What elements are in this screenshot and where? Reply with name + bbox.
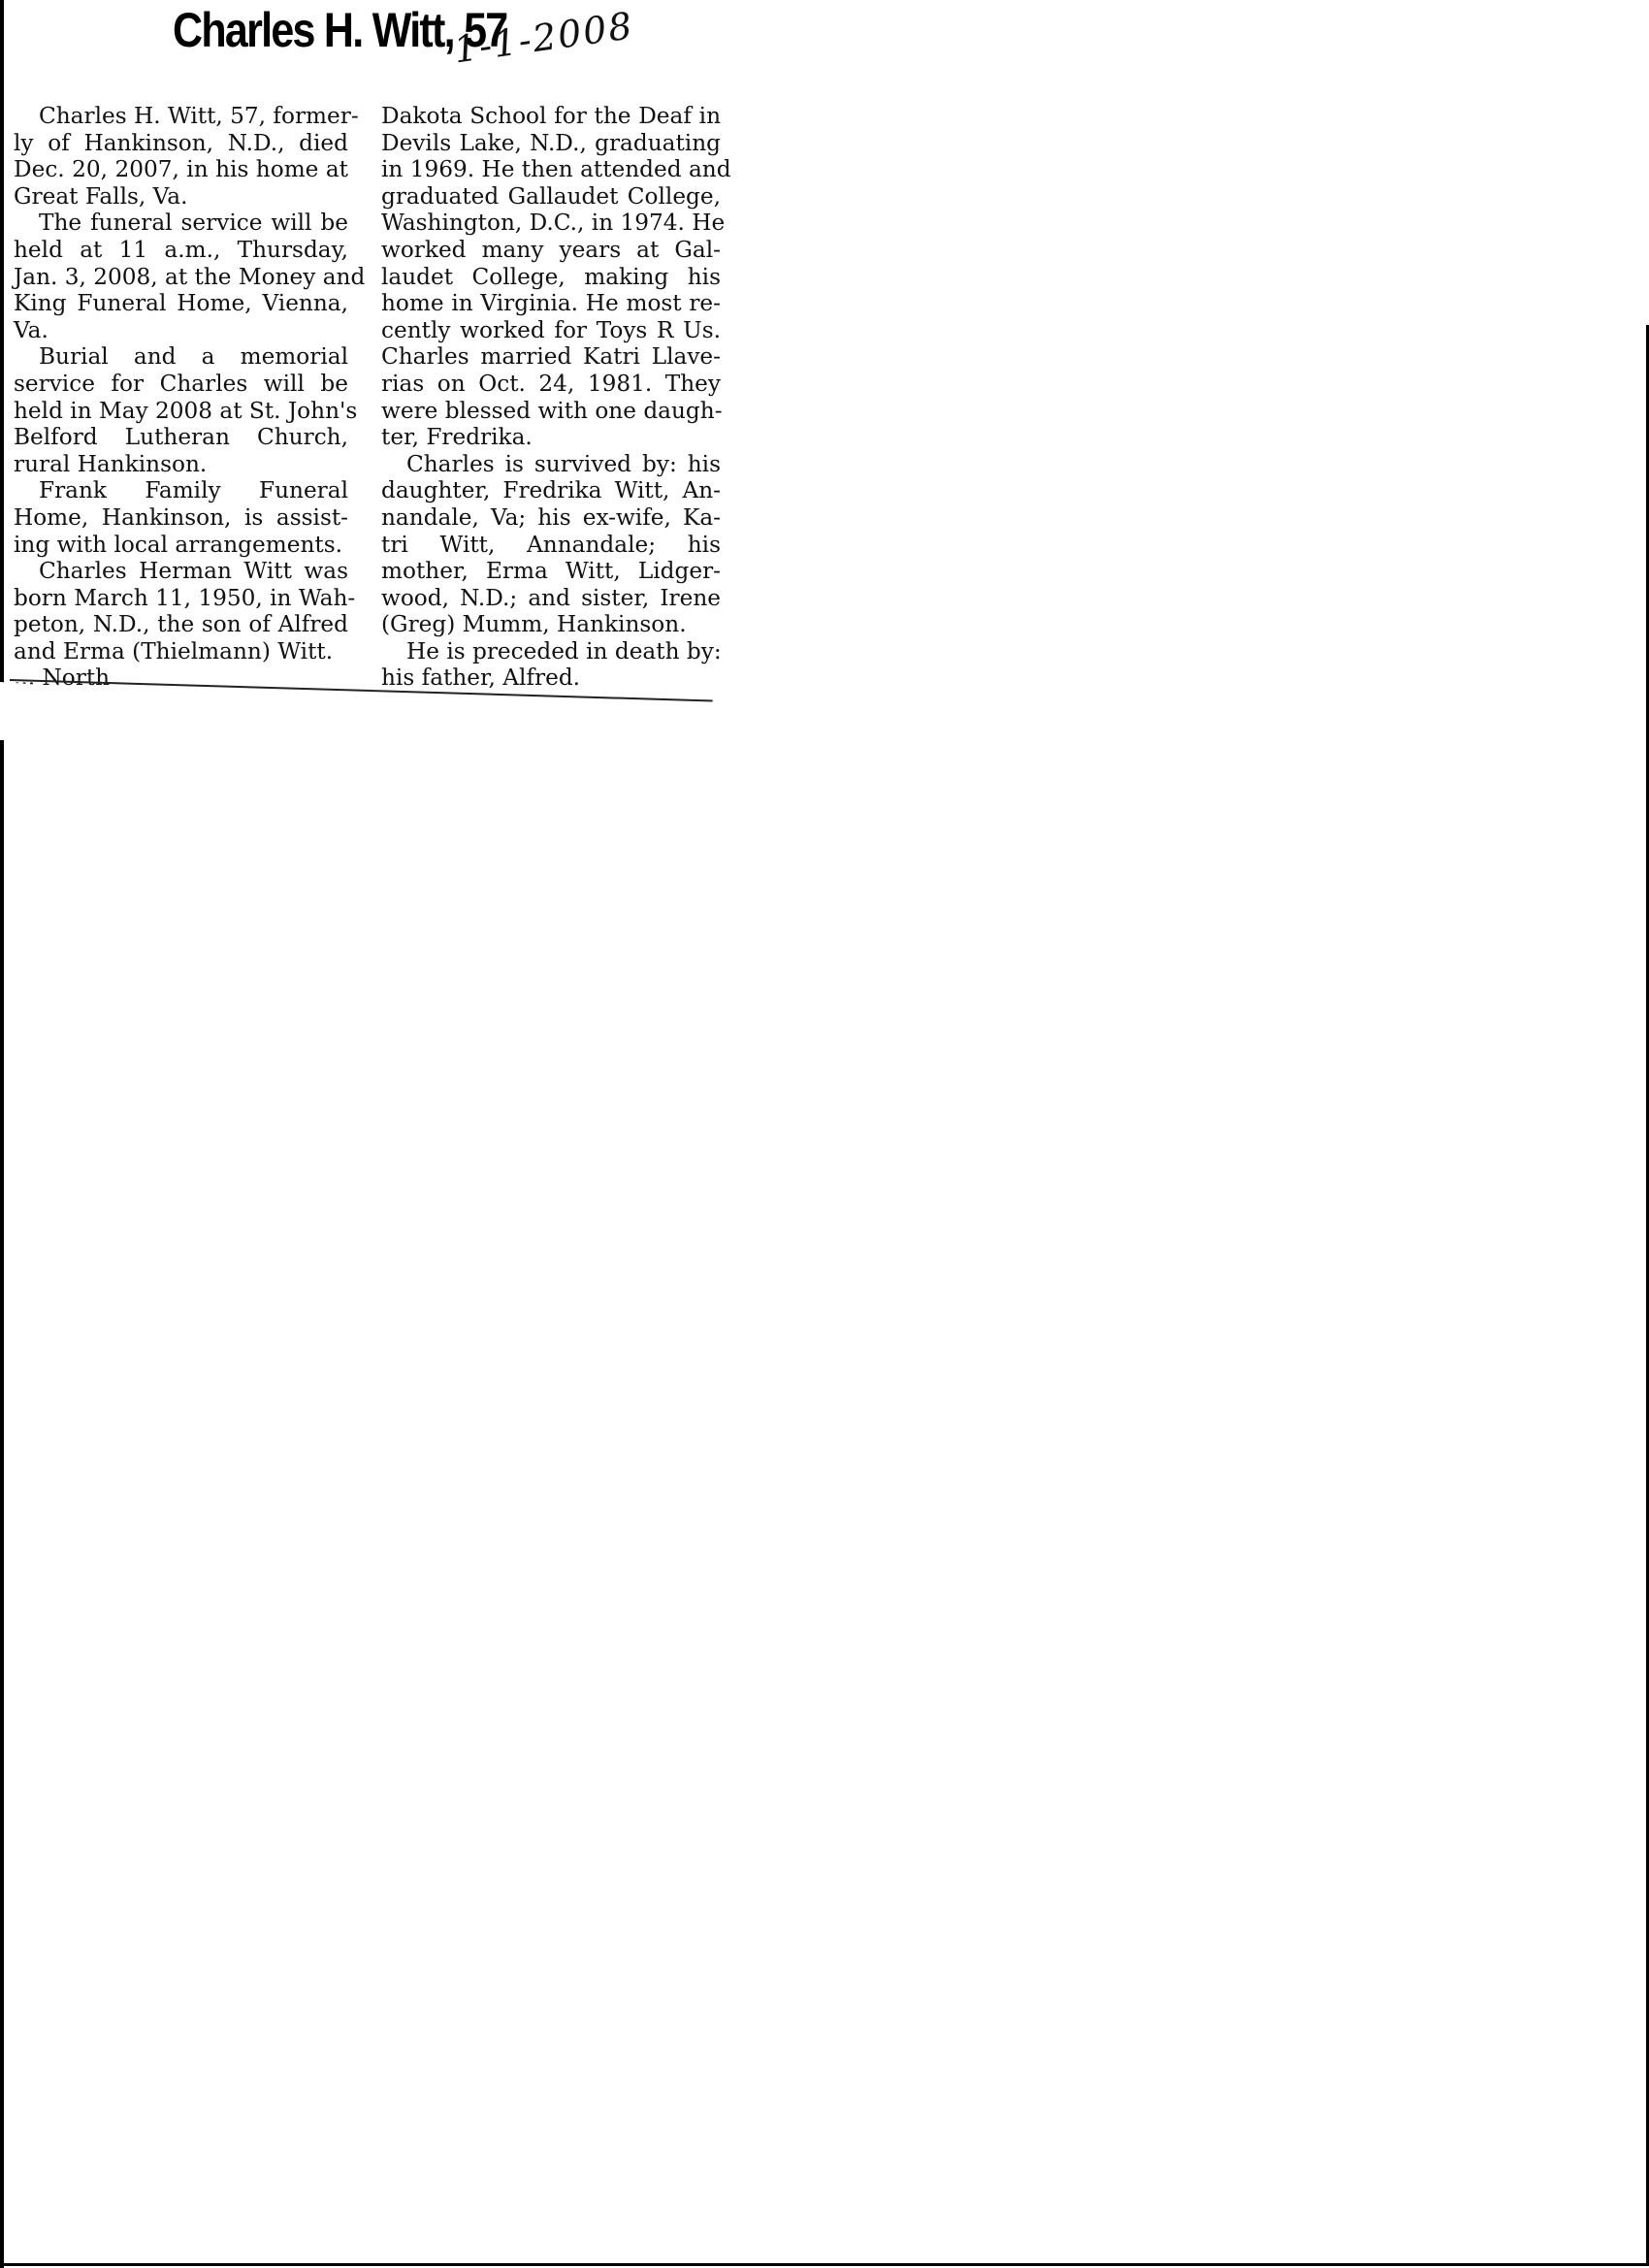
text-line: ing with local arrangements. [14,532,348,559]
text-line: were blessed with one daugh- [381,398,721,425]
text-line: in 1969. He then attended and [381,156,721,183]
text-line: laudet College, making his [381,264,721,291]
text-line: cently worked for Toys R Us. [381,317,721,344]
text-line: Belford Lutheran Church, [14,424,348,451]
text-line: The funeral service will be [14,210,348,237]
text-line: He is preceded in death by: [381,638,721,665]
text-line: Charles Herman Witt was [14,558,348,585]
text-line: daughter, Fredrika Witt, An- [381,477,721,504]
text-line: King Funeral Home, Vienna, [14,290,348,317]
text-line: mother, Erma Witt, Lidger- [381,558,721,585]
text-line: wood, N.D.; and sister, Irene [381,585,721,612]
text-line: ly of Hankinson, N.D., died [14,130,348,157]
text-line: Frank Family Funeral [14,477,348,504]
text-line: held at 11 a.m., Thursday, [14,237,348,264]
text-line: and Erma (Thielmann) Witt. [14,638,348,665]
text-line: rias on Oct. 24, 1981. They [381,371,721,398]
text-line: home in Virginia. He most re- [381,290,721,317]
text-line: service for Charles will be [14,371,348,398]
text-line: worked many years at Gal- [381,237,721,264]
text-line: nandale, Va; his ex-wife, Ka- [381,504,721,532]
newspaper-clipping: Charles H. Witt, 57 1-1-2008 Charles H. … [0,0,727,723]
text-line: born March 11, 1950, in Wah- [14,585,348,612]
text-line: held in May 2008 at St. John's [14,398,348,425]
text-line: Va. [14,317,348,344]
text-line: ter, Fredrika. [381,424,721,451]
text-line: Dec. 20, 2007, in his home at [14,156,348,183]
text-column-left: Charles H. Witt, 57, former- ly of Hanki… [14,103,348,692]
text-line: graduated Gallaudet College, [381,183,721,211]
text-line: Washington, D.C., in 1974. He [381,210,721,237]
text-line: Home, Hankinson, is assist- [14,504,348,532]
text-line: his father, Alfred. [381,664,721,692]
text-line: Great Falls, Va. [14,183,348,211]
text-line: Dakota School for the Deaf in [381,103,721,130]
text-line: Jan. 3, 2008, at the Money and [14,264,348,291]
scan-edge-bottom [0,2263,1649,2266]
text-line: tri Witt, Annandale; his [381,532,721,559]
text-line: peton, N.D., the son of Alfred [14,611,348,638]
text-line: Devils Lake, N.D., graduating [381,130,721,157]
text-line: Charles is survived by: his [381,451,721,478]
text-line: Burial and a memorial [14,343,348,371]
text-line: (Greg) Mumm, Hankinson. [381,611,721,638]
text-line: Charles H. Witt, 57, former- [14,103,348,130]
text-column-right: Dakota School for the Deaf in Devils Lak… [381,103,721,692]
text-line: Charles married Katri Llave- [381,343,721,371]
text-line: rural Hankinson. [14,451,348,478]
